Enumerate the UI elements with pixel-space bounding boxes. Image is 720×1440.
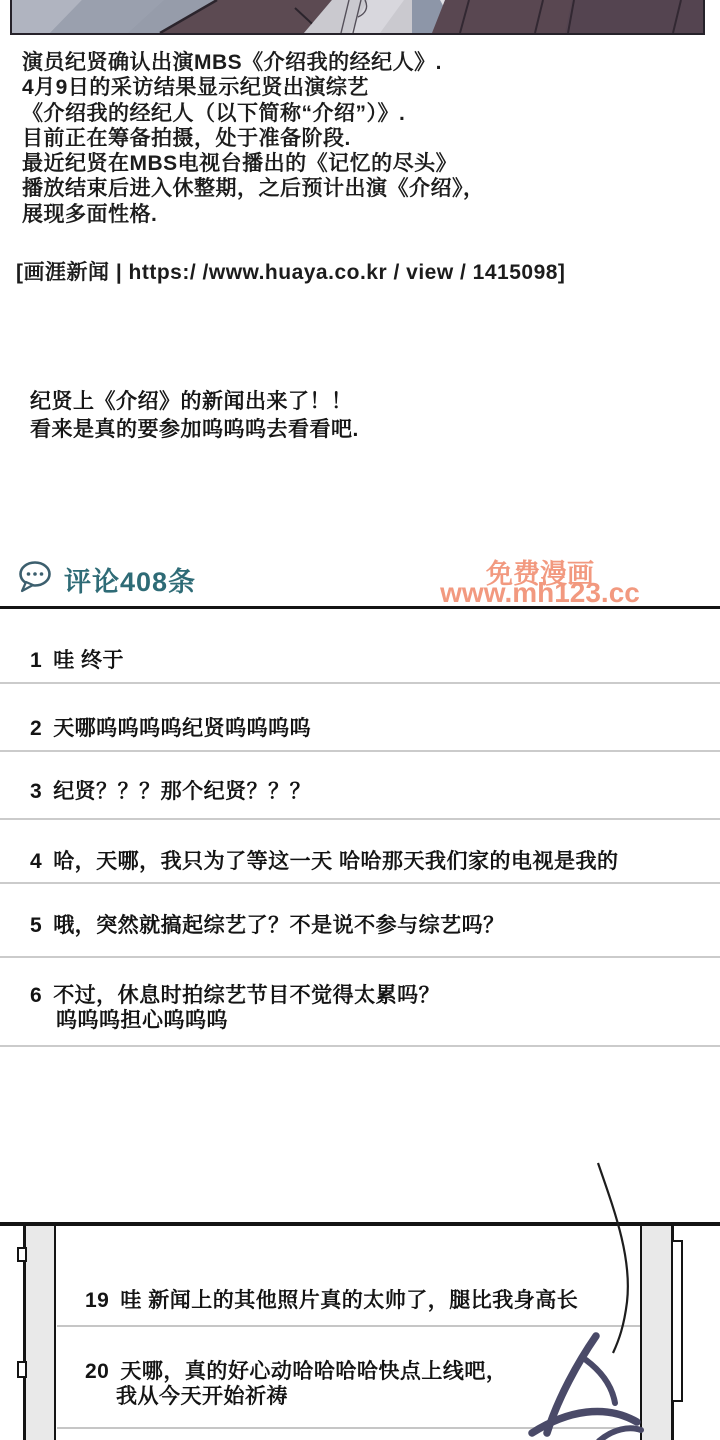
- comment-row: 2天哪呜呜呜呜纪贤呜呜呜呜: [30, 712, 311, 742]
- phone-left-bezel: [26, 1226, 54, 1440]
- news-line: 最近纪贤在MBS电视台播出的《记忆的尽头》: [22, 151, 485, 176]
- comment-number: 1: [30, 649, 42, 672]
- comment-text: 哇 新闻上的其他照片真的太帅了，腿比我身高长: [120, 1289, 578, 1312]
- reaction-line: 纪贤上《介绍》的新闻出来了！！: [30, 388, 359, 416]
- news-line: 目前正在筹备拍摄，处于准备阶段.: [22, 126, 485, 151]
- comment-separator: [0, 956, 720, 958]
- comments-count-label: 评论408条: [64, 560, 196, 599]
- comment-text: 天哪呜呜呜呜纪贤呜呜呜呜: [53, 717, 311, 740]
- panel-divider: [0, 1222, 720, 1226]
- news-article-body: 演员纪贤确认出演MBS《介绍我的经纪人》. 4月9日的采访结果显示纪贤出演综艺 …: [22, 50, 485, 227]
- news-line: 展现多面性格.: [22, 202, 485, 227]
- comment-number: 20: [85, 1360, 109, 1383]
- comment-number: 4: [30, 850, 42, 873]
- reaction-text: 纪贤上《介绍》的新闻出来了！！ 看来是真的要参加呜呜呜去看看吧.: [30, 388, 359, 444]
- reaction-line: 看来是真的要参加呜呜呜去看看吧.: [30, 416, 359, 444]
- phone-right-bezel: [642, 1226, 671, 1440]
- comment-text-line2: 呜呜呜担心呜呜呜: [56, 1004, 228, 1034]
- comment-separator: [0, 882, 720, 884]
- watermark-url: www.mh123.cc: [420, 577, 660, 609]
- phone-comment-separator: [57, 1325, 640, 1327]
- hair-stroke: [586, 1360, 615, 1403]
- comment-row: 5哦，突然就搞起综艺了？不是说不参与综艺吗？: [30, 909, 505, 939]
- phone-comment-row: 19哇 新闻上的其他照片真的太帅了，腿比我身高长: [85, 1284, 578, 1314]
- comment-separator: [0, 818, 720, 820]
- hair-stroke: [532, 1411, 637, 1433]
- phone-side-button: [17, 1247, 27, 1262]
- comment-separator: [0, 1045, 720, 1047]
- news-source-citation: [画涯新闻 | https:/ /www.huaya.co.kr / view …: [16, 256, 565, 286]
- art-panel-illustration: [12, 0, 703, 33]
- news-line: 播放结束后进入休整期，之后预计出演《介绍》，: [22, 176, 485, 201]
- comment-text: 哇 终于: [53, 649, 124, 672]
- comment-text: 哈，天哪，我只为了等这一天 哈哈那天我们家的电视是我的: [53, 850, 618, 873]
- comment-number: 3: [30, 780, 42, 803]
- comment-text: 哦，突然就搞起综艺了？不是说不参与综艺吗？: [53, 914, 505, 937]
- news-line: 4月9日的采访结果显示纪贤出演综艺: [22, 75, 485, 100]
- comment-text: 纪贤？？？那个纪贤？？？: [53, 780, 311, 803]
- phone-comment-text-line2: 我从今天开始祈祷: [116, 1380, 288, 1410]
- comment-number: 6: [30, 984, 42, 1007]
- webtoon-page: { "colors": { "comments_accent": "#2e6b7…: [0, 0, 720, 1440]
- comment-row: 4哈，天哪，我只为了等这一天 哈哈那天我们家的电视是我的: [30, 845, 619, 875]
- phone-power-button: [673, 1240, 683, 1402]
- comment-separator: [0, 682, 720, 684]
- phone-comment-separator: [57, 1427, 640, 1429]
- phone-side-button: [17, 1361, 27, 1378]
- phone-left-inner-edge: [54, 1226, 57, 1440]
- news-line: 《介绍我的经纪人（以下简称“介绍”）》.: [22, 101, 485, 126]
- comment-row: 3纪贤？？？那个纪贤？？？: [30, 775, 311, 805]
- comments-top-divider: [0, 606, 720, 609]
- art-panel-top: [10, 0, 705, 35]
- comment-number: 2: [30, 717, 42, 740]
- news-line: 演员纪贤确认出演MBS《介绍我的经纪人》.: [22, 50, 485, 75]
- comment-number: 5: [30, 914, 42, 937]
- hair-stroke: [599, 1428, 641, 1440]
- comment-number: 19: [85, 1289, 109, 1312]
- comment-separator: [0, 750, 720, 752]
- speech-bubble-icon: [18, 560, 58, 596]
- hair-stroke: [547, 1336, 596, 1433]
- comment-row: 1哇 终于: [30, 644, 124, 674]
